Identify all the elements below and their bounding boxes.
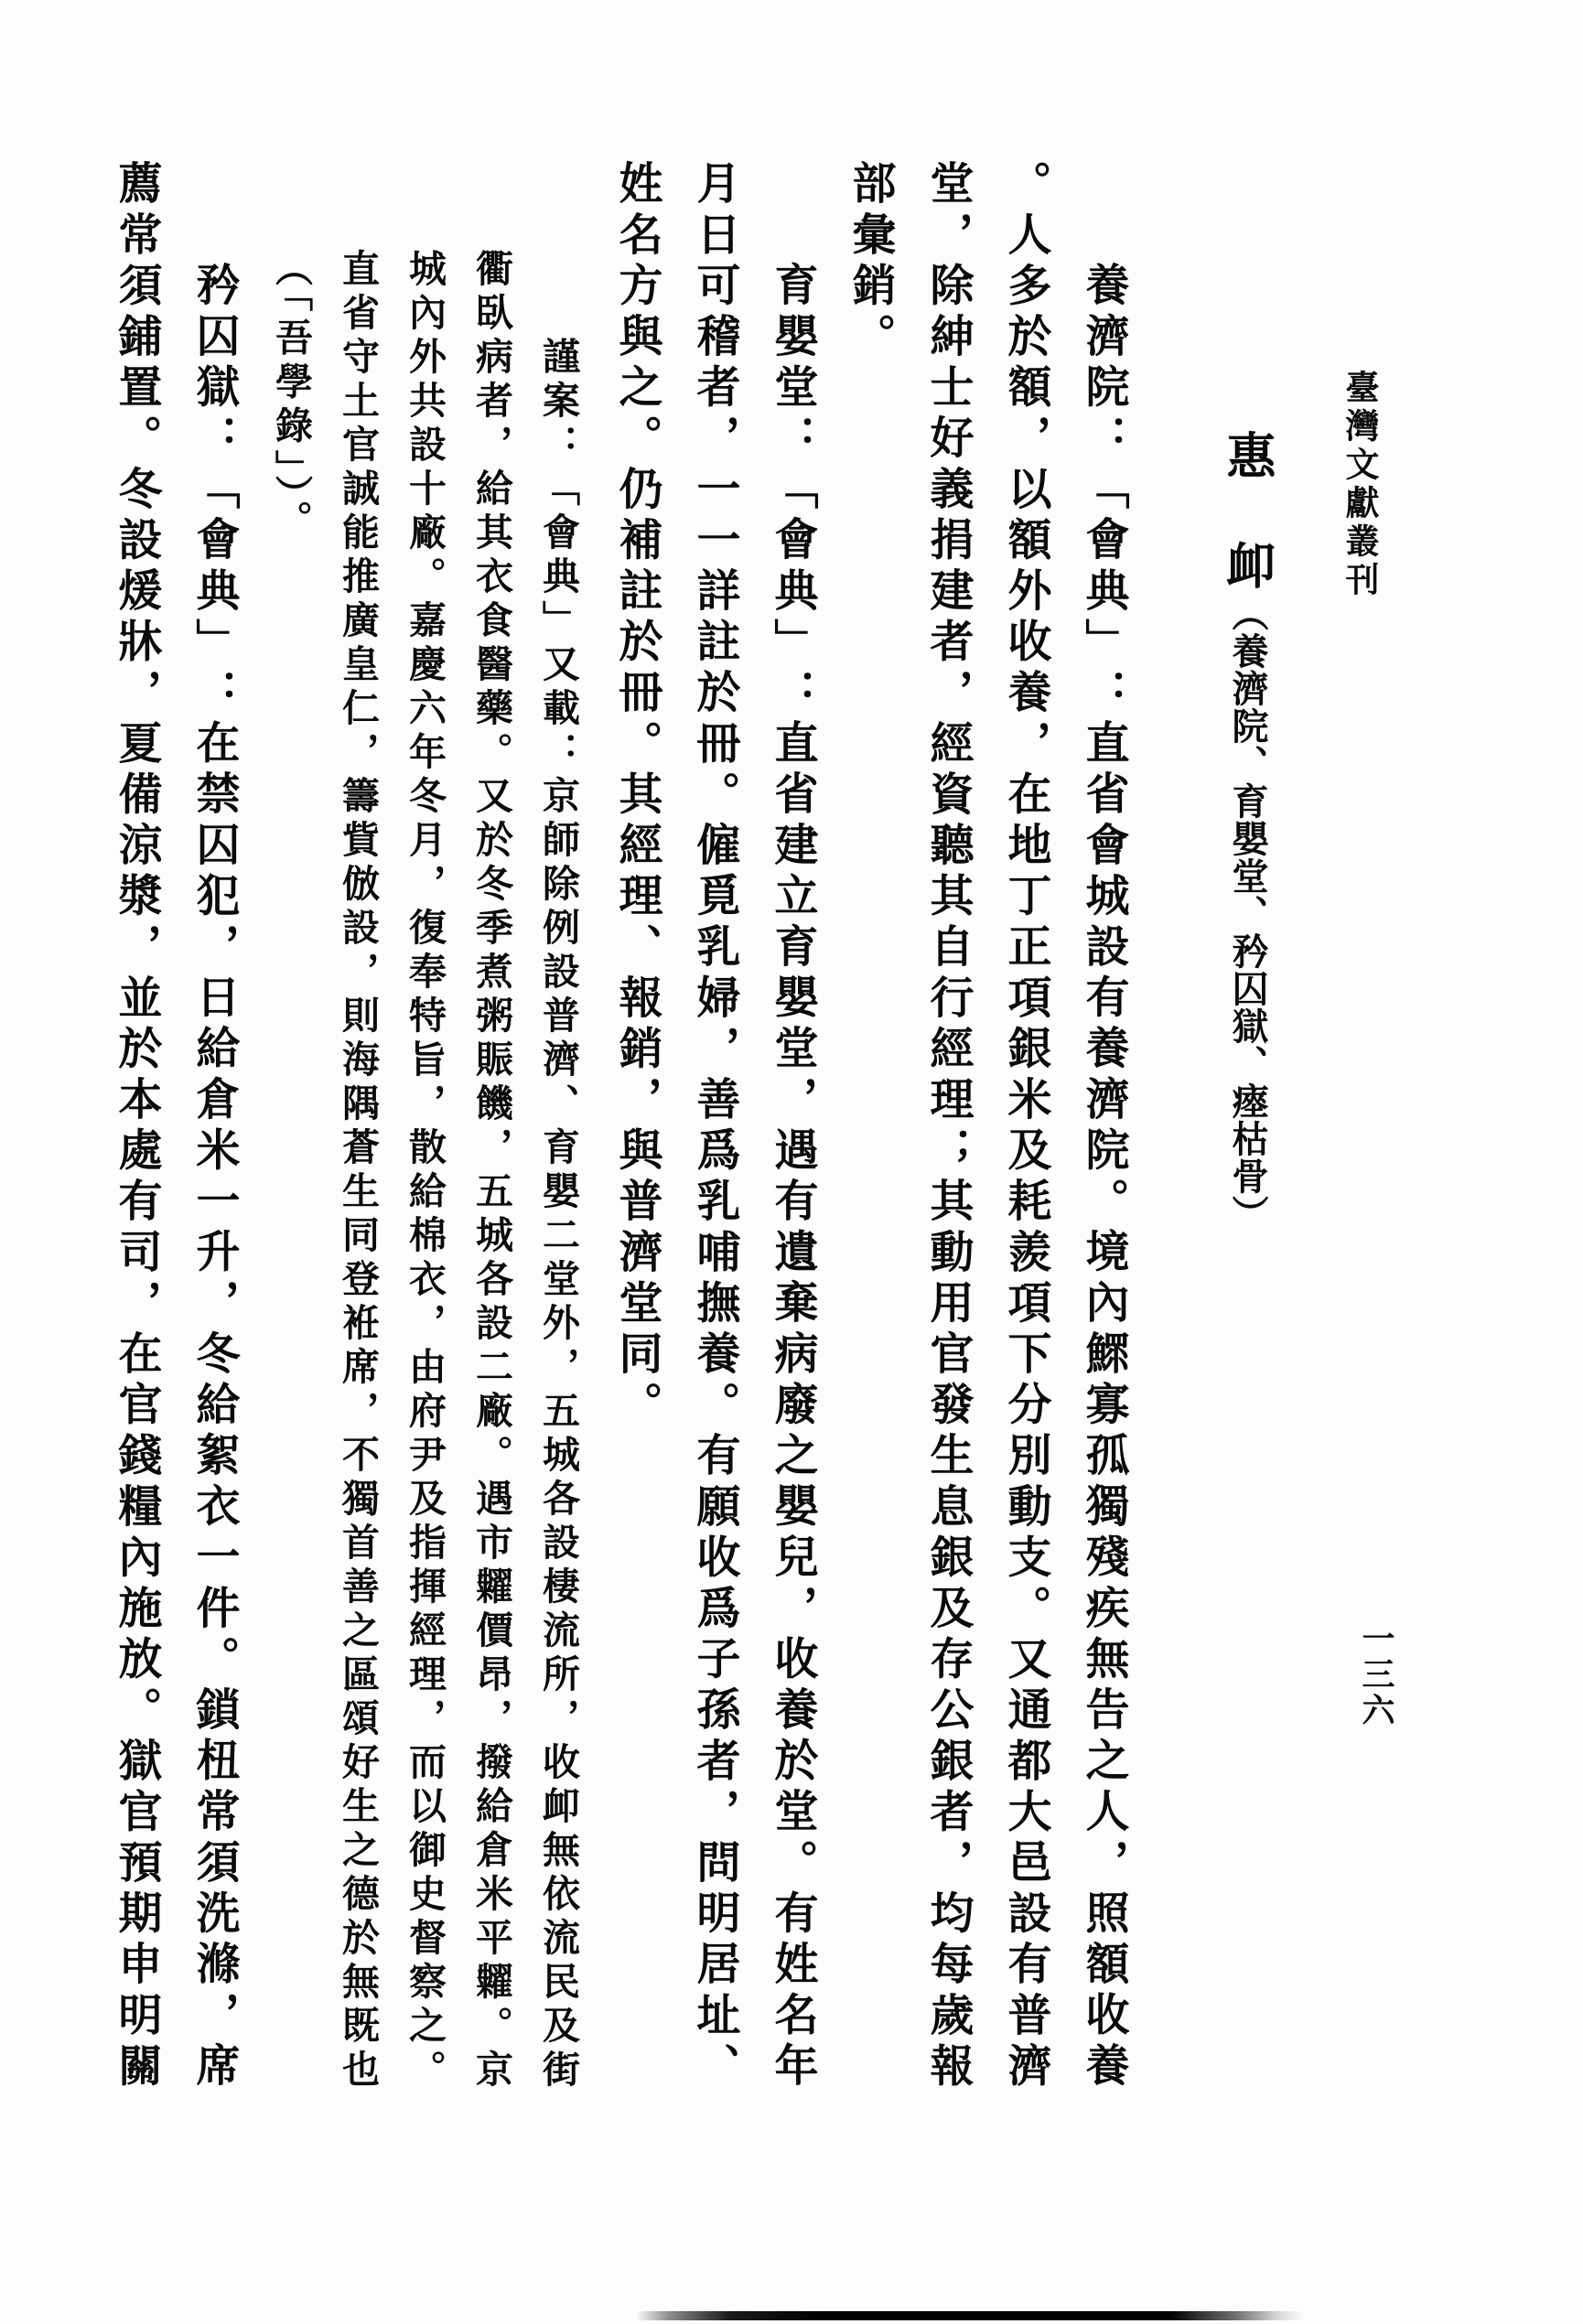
text-column: 月日可稽者，一一詳註於冊。僱覓乳婦，善爲乳哺撫養。有願收爲子孫者，問明居址、 <box>675 160 753 2095</box>
section-title-text: 惠 卹 <box>1220 430 1275 595</box>
paragraph-block-annotation-note: 謹案：「會典」又載：京師除例設普濟、育嬰二堂外，五城各設棲流所，收卹無依流民及街… <box>257 249 591 2095</box>
text-column: 衢臥病者，給其衣食醫藥。又於冬季煮粥賑饑，五城各設二廠。遇市糶價昂，撥給倉米平糶… <box>458 249 524 2095</box>
page-number: 一三六 <box>1353 1621 1400 1728</box>
section-subtitle: （養濟院、育嬰堂、矜囚獄、瘞枯骨） <box>1227 595 1268 1232</box>
scan-artifact-bar <box>636 2311 1304 2320</box>
text-column: 姓名方與之。仍補註於冊。其經理、報銷，與普濟堂同。 <box>598 160 675 2095</box>
paragraph-block-prison-relief: 矜囚獄：「會典」：在禁囚犯，日給倉米一升，冬給絮衣一件。鎖杻常須洗滌，席薦常須鋪… <box>97 160 253 2095</box>
text-column: 養濟院：「會典」：直省會城設有養濟院。境內鰥寡孤獨殘疾無告之人，照額收養 <box>1064 160 1142 2197</box>
text-column: 矜囚獄：「會典」：在禁囚犯，日給倉米一升，冬給絮衣一件。鎖杻常須洗滌，席 <box>175 160 253 2197</box>
paragraph-block-yangjiyuan-yuyingtang: 養濟院：「會典」：直省會城設有養濟院。境內鰥寡孤獨殘疾無告之人，照額收養。人多於… <box>598 160 1142 2095</box>
section-title: 惠 卹（養濟院、育嬰堂、矜囚獄、瘞枯骨） <box>1219 430 1276 1232</box>
text-column: 直省守土官誠能推廣皇仁，籌貲倣設，則海隅蒼生同登袵席，不獨首善之區頌好生之德於無… <box>324 249 391 2095</box>
text-column: 部彙銷。 <box>831 160 909 2095</box>
text-column: （「吾學錄」）。 <box>257 249 324 2095</box>
text-column: 堂，除紳士好義捐建者，經資聽其自行經理；其動用官發生息銀及存公銀者，均每歲報 <box>909 160 986 2095</box>
text-column: 薦常須鋪置。冬設煖牀，夏備涼漿，並於本處有司，在官錢糧內施放。獄官預期申明關 <box>97 160 175 2095</box>
series-header: 臺灣文獻叢刊 <box>1334 370 1384 600</box>
text-column: 謹案：「會典」又載：京師除例設普濟、育嬰二堂外，五城各設棲流所，收卹無依流民及街 <box>524 249 591 2183</box>
text-column: 育嬰堂：「會典」：直省建立育嬰堂，遇有遺棄病廢之嬰兒，收養於堂。有姓名年 <box>753 160 831 2197</box>
book-page: 臺灣文獻叢刊 一三六 惠 卹（養濟院、育嬰堂、矜囚獄、瘞枯骨） 養濟院：「會典」… <box>0 0 1583 2324</box>
text-column: 城內外共設十廠。嘉慶六年冬月，復奉特旨，散給棉衣，由府尹及指揮經理，而以御史督察… <box>391 249 458 2095</box>
text-column: 。人多於額，以額外收養，在地丁正項銀米及耗羨項下分別動支。又通都大邑設有普濟 <box>986 160 1064 2095</box>
